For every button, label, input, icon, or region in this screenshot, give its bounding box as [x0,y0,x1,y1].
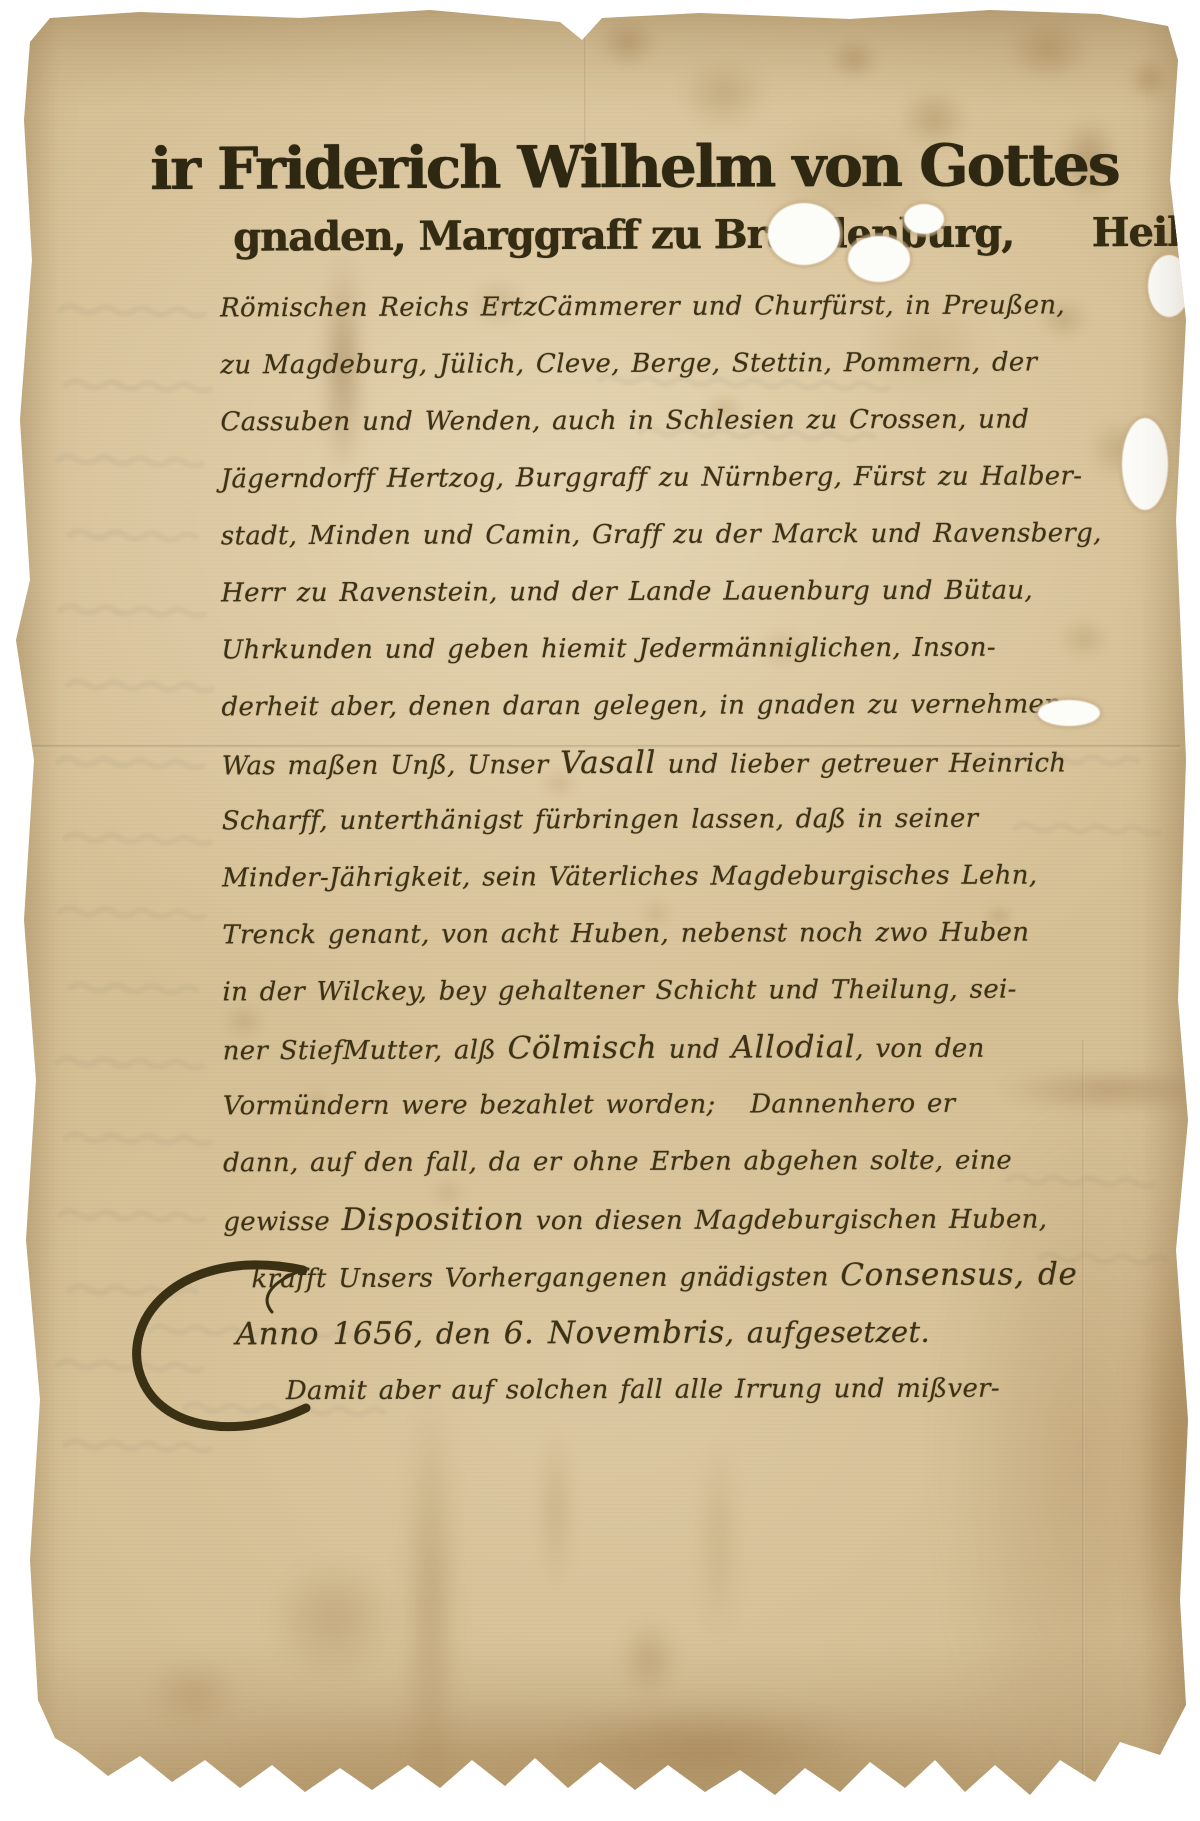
stain [298,1088,334,1118]
stain [938,1100,1200,1820]
bleed-squiggle [60,306,204,315]
stain [828,38,880,80]
text-line: Jägerndorff Hertzog, Burggraff zu Nürnbe… [221,452,1001,512]
top-crease [584,12,587,182]
bleedthrough-writing [0,0,1200,1821]
stain [598,18,658,68]
bleed-squiggle [600,376,888,389]
kurrent-text: , den [414,1316,504,1350]
paper-hole [1038,700,1100,726]
latin-word: Anno 1656 [236,1316,414,1353]
parchment-sheet: W ir F [0,0,1200,1821]
bleed-squiggle [185,1404,383,1414]
stain [1128,1200,1200,1720]
text-line: zu Magdeburg, Jülich, Cleve, Berge, Stet… [220,338,1000,398]
kurrent-text: ner StiefMutter, alß [223,1035,508,1066]
text-line: Uhrkunden und geben hiemit Jedermännigli… [221,623,1001,683]
manuscript-page: W ir F [0,0,1200,1821]
bleed-squiggle [66,834,210,843]
kurrent-text: und lieber getreuer Heinrich [656,748,1067,779]
kurrent-text: Herr zu Ravenstein, und der Lande Lauenb… [221,576,1033,609]
kurrent-text: Römischen Reichs ErtzCämmerer und Churfü… [220,290,1065,323]
stain [755,118,940,243]
bleed-squiggle [58,1058,202,1067]
latin-word: Consensus, de [840,1256,1077,1293]
text-line: Herr zu Ravenstein, und der Lande Lauenb… [221,566,1001,626]
kurrent-text: Minder-Jährigkeit, sein Väterliches Magd… [222,861,1037,894]
text-line: Damit aber auf solchen fall alle Irrung … [224,1364,1004,1424]
bleed-squiggle [66,1134,210,1143]
stain [758,628,810,670]
text-line: Vormündern were bezahlet worden; Dannenh… [223,1079,1003,1139]
bleed-squiggle [70,984,196,992]
kurrent-text: Jägerndorff Hertzog, Burggraff zu Nürnbe… [221,461,1083,494]
latin-word: 6. Novembris [504,1315,725,1352]
kurrent-text: Uhrkunden und geben hiemit Jedermännigli… [221,633,996,666]
bleed-squiggle [58,758,202,767]
stain [983,903,1015,929]
initial-w-flourish [38,22,468,812]
text-line: Römischen Reichs ErtzCämmerer und Churfü… [220,281,1000,341]
kurrent-text: , von den [855,1034,984,1064]
stain [560,1700,860,1790]
kurrent-text: Vormündern were bezahlet worden; Dannenh… [223,1089,956,1122]
horizontal-fold-crease [20,745,1180,749]
kurrent-text: dann, auf den fall, da er ohne Erben abg… [223,1146,1012,1179]
text-line: ner StiefMutter, alß Cölmisch und Allodi… [223,1022,1003,1082]
body-text: Römischen Reichs ErtzCämmerer und Churfü… [220,281,1004,1424]
bleed-squiggle [60,606,204,615]
kurrent-text: Scharff, unterthänigst fürbringen lassen… [222,804,979,837]
text-line: stadt, Minden und Camin, Graff zu der Ma… [221,509,1001,569]
text-line: Trenck genant, von acht Huben, nebenst n… [222,908,1002,968]
text-line: Was maßen Unß, Unser Vasall und lieber g… [222,737,1002,797]
stain [320,250,366,480]
damit-d-swash [118,1252,328,1452]
text-line: derheit aber, denen daran gelegen, in gn… [221,680,1001,740]
kurrent-text: gewisse [223,1207,341,1237]
stain [428,1178,468,1208]
stain [223,1003,265,1039]
bleed-squiggle [58,1361,202,1370]
kurrent-text: , aufgesetzet. [725,1315,930,1350]
paper-hole [904,204,944,234]
latin-word: Vasall [560,745,656,781]
stain [860,300,990,395]
bleed-squiggle [1040,1254,1166,1262]
bleed-squiggle [150,1326,366,1337]
text-line: gewisse Disposition von diesen Magdeburg… [223,1193,1003,1253]
paper-hole [768,203,840,265]
paper-hole [1148,255,1190,317]
bleed-squiggle [60,1211,204,1220]
stain [678,58,770,130]
stain [898,88,970,150]
text-line: Minder-Jährigkeit, sein Väterliches Magd… [222,851,1002,911]
text-line: Cassuben und Wenden, auch in Schlesien z… [220,395,1000,455]
stain [703,393,745,425]
kurrent-text: Trenck genant, von acht Huben, nebenst n… [222,918,1029,951]
bleed-squiggle [68,681,212,690]
stain [1128,58,1170,100]
stain [1088,418,1150,480]
bleed-squiggle [1015,824,1159,833]
text-line: in der Wilckey, bey gehaltener Schicht u… [222,965,1002,1025]
stain [618,1618,680,1700]
bleed-squiggle [70,531,196,539]
bleed-squiggle [60,908,204,917]
kurrent-text: und [657,1035,731,1065]
bleed-squiggle [66,1441,210,1450]
stain [1038,298,1090,340]
kurrent-text: in der Wilckey, bey gehaltener Schicht u… [222,975,1016,1008]
kurrent-text: Cassuben und Wenden, auch in Schlesien z… [220,405,1029,438]
paper-hole [1122,418,1168,510]
bleed-squiggle [975,754,1137,763]
stain [998,1068,1200,1112]
stain [468,278,528,328]
kurrent-text: Damit aber auf solchen fall alle Irrung … [286,1374,1000,1406]
bleed-squiggle [70,1286,196,1294]
stain [403,1388,459,1820]
stain [95,1698,1105,1810]
stain [638,898,674,928]
latin-word: Allodial [731,1029,855,1065]
stain [1058,118,1120,200]
stain [698,1438,740,1643]
kurrent-text: von diesen Magdeburgischen Huben, [524,1204,1047,1236]
bleed-squiggle [66,381,210,390]
heading-line-2: gnaden, Marggraff zu Brandenburg, Heilig… [233,212,1200,257]
stain [1058,618,1110,660]
kurrent-text: stadt, Minden und Camin, Graff zu der Ma… [221,518,1102,551]
stain [538,768,580,800]
vertical-fold-crease [1082,1040,1085,1800]
text-line: krafft Unsers Vorhergangenen gnädigsten … [223,1250,1003,1310]
latin-word: Cölmisch [508,1030,658,1067]
bleed-squiggle [640,428,874,439]
kurrent-text: zu Magdeburg, Jülich, Cleve, Berge, Stet… [220,348,1037,381]
stain [538,1428,574,1590]
latin-word: Disposition [342,1201,525,1238]
stain [148,1658,240,1730]
text-line: Scharff, unterthänigst fürbringen lassen… [222,794,1002,854]
kurrent-text: krafft Unsers Vorhergangenen gnädigsten [251,1262,840,1294]
bleed-squiggle [1008,1176,1152,1185]
bleed-squiggle [58,456,202,465]
text-line: Anno 1656, den 6. Novembris, aufgesetzet… [224,1307,1004,1367]
kurrent-text: Was maßen Unß, Unser [222,750,561,781]
paper-hole [848,236,910,282]
heading-line-1: ir Friderich Wilhelm von Gottes [150,136,1118,198]
stain [268,1558,400,1680]
text-line: dann, auf den fall, da er ohne Erben abg… [223,1136,1003,1196]
stain [1008,18,1090,80]
kurrent-text: derheit aber, denen daran gelegen, in gn… [221,689,1069,722]
